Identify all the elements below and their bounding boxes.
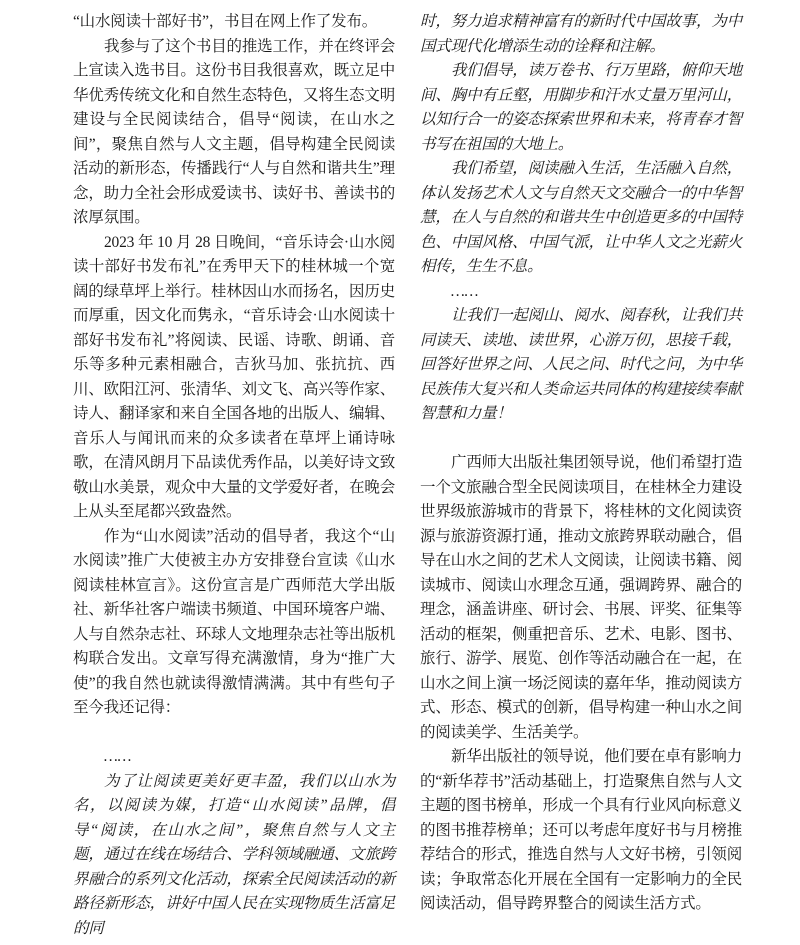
quote-paragraph: 我们希望，阅读融入生活，生活融入自然，体认发扬艺术人文与自然天文交融合一的中华智… (420, 157, 742, 280)
document-page: “山水阅读十部好书”，书目在网上作了发布。我参与了这个书目的推选工作，并在终评会… (0, 0, 800, 945)
two-column-text-layout: “山水阅读十部好书”，书目在网上作了发布。我参与了这个书目的推选工作，并在终评会… (73, 10, 742, 941)
body-paragraph: 2023 年 10 月 28 日晚间，“音乐诗会·山水阅读十部好书发布礼”在秀甲… (73, 231, 395, 525)
text-column-left: “山水阅读十部好书”，书目在网上作了发布。我参与了这个书目的推选工作，并在终评会… (73, 10, 395, 941)
quote-paragraph: 让我们一起阅山、阅水、阅春秋，让我们共同读天、读地、读世界，心游万仞，思接千载，… (420, 304, 742, 427)
ellipsis-line: …… (73, 745, 395, 770)
body-paragraph: “山水阅读十部好书”，书目在网上作了发布。 (73, 10, 395, 35)
text-column-right: 时，努力追求精神富有的新时代中国故事，为中国式现代化增添生动的诠释和注解。我们倡… (420, 10, 742, 917)
body-paragraph: 新华出版社的领导说，他们要在卓有影响力的“新华荐书”活动基础上，打造聚焦自然与人… (420, 745, 742, 917)
blank-line (73, 721, 395, 746)
body-paragraph: 作为“山水阅读”活动的倡导者，我这个“山水阅读”推广大使被主办方安排登台宣读《山… (73, 525, 395, 721)
quote-paragraph: 为了让阅读更美好更丰盈，我们以山水为名，以阅读为媒，打造“山水阅读”品牌，倡导“… (73, 770, 395, 942)
quote-paragraph: 时，努力追求精神富有的新时代中国故事，为中国式现代化增添生动的诠释和注解。 (420, 10, 742, 59)
blank-line (420, 427, 742, 452)
body-paragraph: 广西师大出版社集团领导说，他们希望打造一个文旅融合型全民阅读项目，在桂林全力建设… (420, 451, 742, 745)
ellipsis-line: …… (420, 280, 742, 305)
body-paragraph: 我参与了这个书目的推选工作，并在终评会上宣读入选书目。这份书目我很喜欢，既立足中… (73, 35, 395, 231)
quote-paragraph: 我们倡导，读万卷书、行万里路，俯仰天地间、胸中有丘壑，用脚步和汗水丈量万里河山，… (420, 59, 742, 157)
